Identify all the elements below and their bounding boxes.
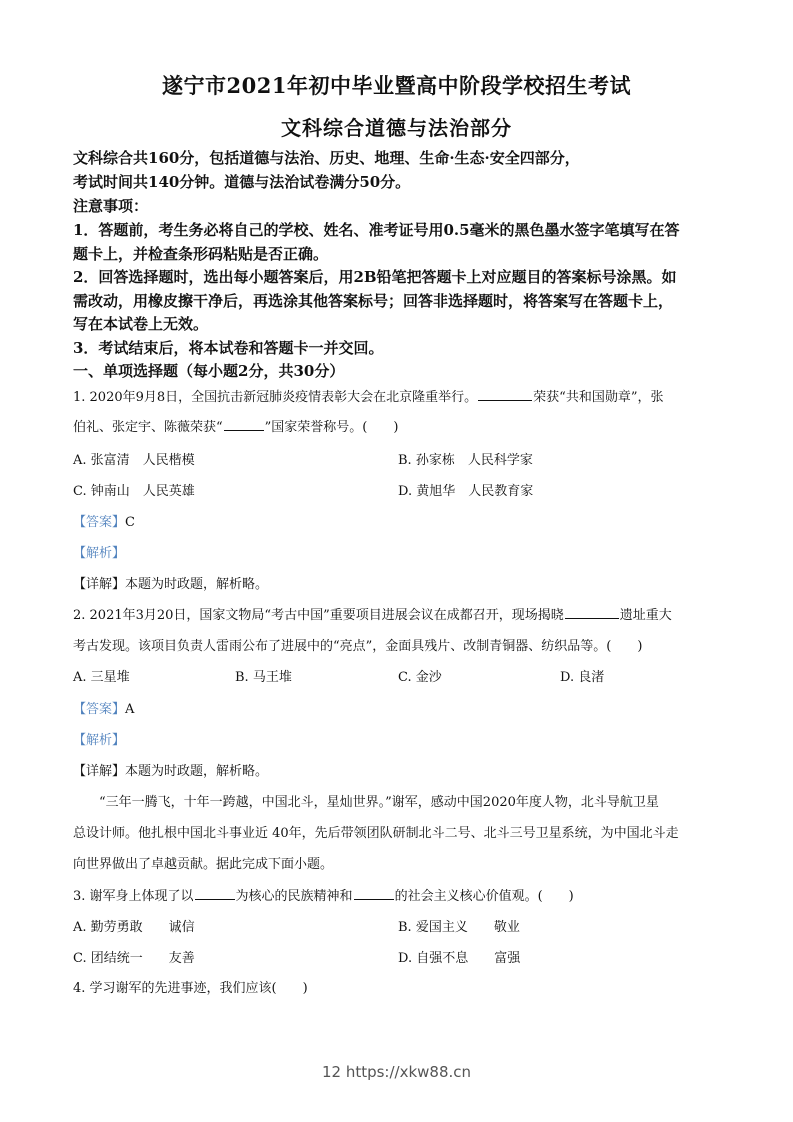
q1-blank-1 [478,386,532,401]
q1-answer: 【答案】C [73,511,135,530]
q3-option-c: C. 团结统一 友善 [73,947,195,966]
q1-detail: 【详解】本题为时政题，解析略。 [73,573,268,592]
q1-blank-2 [224,416,264,431]
q2-stem-part: 2. 2021年3月20日，国家文物局“考古中国”重要项目进展会议在成都召开，现… [73,608,564,623]
q2-stem-line-1: 2. 2021年3月20日，国家文物局“考古中国”重要项目进展会议在成都召开，现… [73,604,672,623]
answer-label: 【答案】 [73,702,125,717]
passage-line-2: 总设计师。他扎根中国北斗事业近 40年，先后带领团队研制北斗二号、北斗三号卫星系… [73,822,679,841]
q2-option-a: A. 三星堆 [73,666,130,685]
q1-option-b: B. 孙家栋 人民科学家 [398,449,533,468]
q2-answer: 【答案】A [73,698,134,717]
q2-detail: 【详解】本题为时政题，解析略。 [73,760,268,779]
q1-option-d: D. 黄旭华 人民教育家 [398,480,533,499]
notice-heading: 注意事项： [73,195,148,216]
q2-blank [565,604,619,619]
q3-option-d: D. 自强不息 富强 [398,947,520,966]
notice-2-line-1: 2．回答选择题时，选出每小题答案后，用2B铅笔把答题卡上对应题目的答案标号涂黑。… [73,266,677,287]
notice-2-line-2: 需改动，用橡皮擦干净后，再选涂其他答案标号；回答非选择题时，将答案写在答题卡上， [73,290,673,311]
q3-blank-2 [354,885,394,900]
q3-blank-1 [195,885,235,900]
q3-option-a: A. 勤劳勇敢 诚信 [73,916,195,935]
exam-title: 遂宁市2021年初中毕业暨高中阶段学校招生考试 [0,70,793,100]
notice-2-line-3: 写在本试卷上无效。 [73,313,208,334]
answer-label: 【答案】 [73,515,125,530]
section-heading: 一、单项选择题（每小题2分，共30分） [73,360,344,381]
intro-line-1: 文科综合共160分，包括道德与法治、历史、地理、生命·生态·安全四部分， [73,147,580,168]
q2-stem-part: 遗址重大 [620,608,672,623]
passage-line-3: 向世界做出了卓越贡献。据此完成下面小题。 [73,853,333,872]
q3-option-b: B. 爱国主义 敬业 [398,916,520,935]
notice-1-line-1: 1．答题前，考生务必将自己的学校、姓名、准考证号用0.5毫米的黑色墨水签字笔填写… [73,219,680,240]
q1-stem-line-2: 伯礼、张定宇、陈薇荣获“”国家荣誉称号。( ) [73,416,398,435]
q2-analysis-label: 【解析】 [73,729,125,748]
answer-value: A [125,702,134,717]
q4-stem: 4. 学习谢军的先进事迹，我们应该( ) [73,977,308,996]
q2-option-c: C. 金沙 [398,666,442,685]
q1-analysis-label: 【解析】 [73,542,125,561]
q1-stem-part: 伯礼、张定宇、陈薇荣获“ [73,420,223,435]
passage-line-1: “三年一腾飞，十年一跨越，中国北斗，星灿世界。”谢军，感动中国2020年度人物，… [99,791,659,810]
exam-page: 遂宁市2021年初中毕业暨高中阶段学校招生考试 文科综合道德与法治部分 文科综合… [0,0,793,1122]
q3-stem-part: 为核心的民族精神和 [236,889,353,904]
q1-stem-part: 1. 2020年9月8日，全国抗击新冠肺炎疫情表彰大会在北京隆重举行。 [73,390,477,405]
q1-stem-part: ”国家荣誉称号。( ) [265,420,399,435]
intro-line-2: 考试时间共140分钟。道德与法治试卷满分50分。 [73,171,410,192]
q3-stem-part: 3. 谢军身上体现了以 [73,889,194,904]
q2-stem-line-2: 考古发现。该项目负责人雷雨公布了进展中的“亮点”，金面具残片、改制青铜器、纺织品… [73,635,642,654]
page-footer: 12 https://xkw88.cn [0,1063,793,1081]
notice-1-line-2: 题卡上，并检查条形码粘贴是否正确。 [73,243,328,264]
q2-option-d: D. 良渚 [560,666,604,685]
notice-3: 3．考试结束后，将本试卷和答题卡一并交回。 [73,337,383,358]
q1-option-c: C. 钟南山 人民英雄 [73,480,195,499]
q1-option-a: A. 张富清 人民楷模 [73,449,195,468]
exam-subtitle: 文科综合道德与法治部分 [0,112,793,141]
q2-option-b: B. 马王堆 [235,666,292,685]
q1-stem-line-1: 1. 2020年9月8日，全国抗击新冠肺炎疫情表彰大会在北京隆重举行。荣获“共和… [73,386,663,405]
q1-stem-part: 荣获“共和国勋章”，张 [533,390,663,405]
q3-stem-part: 的社会主义核心价值观。( ) [395,889,574,904]
q3-stem: 3. 谢军身上体现了以为核心的民族精神和的社会主义核心价值观。( ) [73,885,574,904]
answer-value: C [125,515,135,530]
